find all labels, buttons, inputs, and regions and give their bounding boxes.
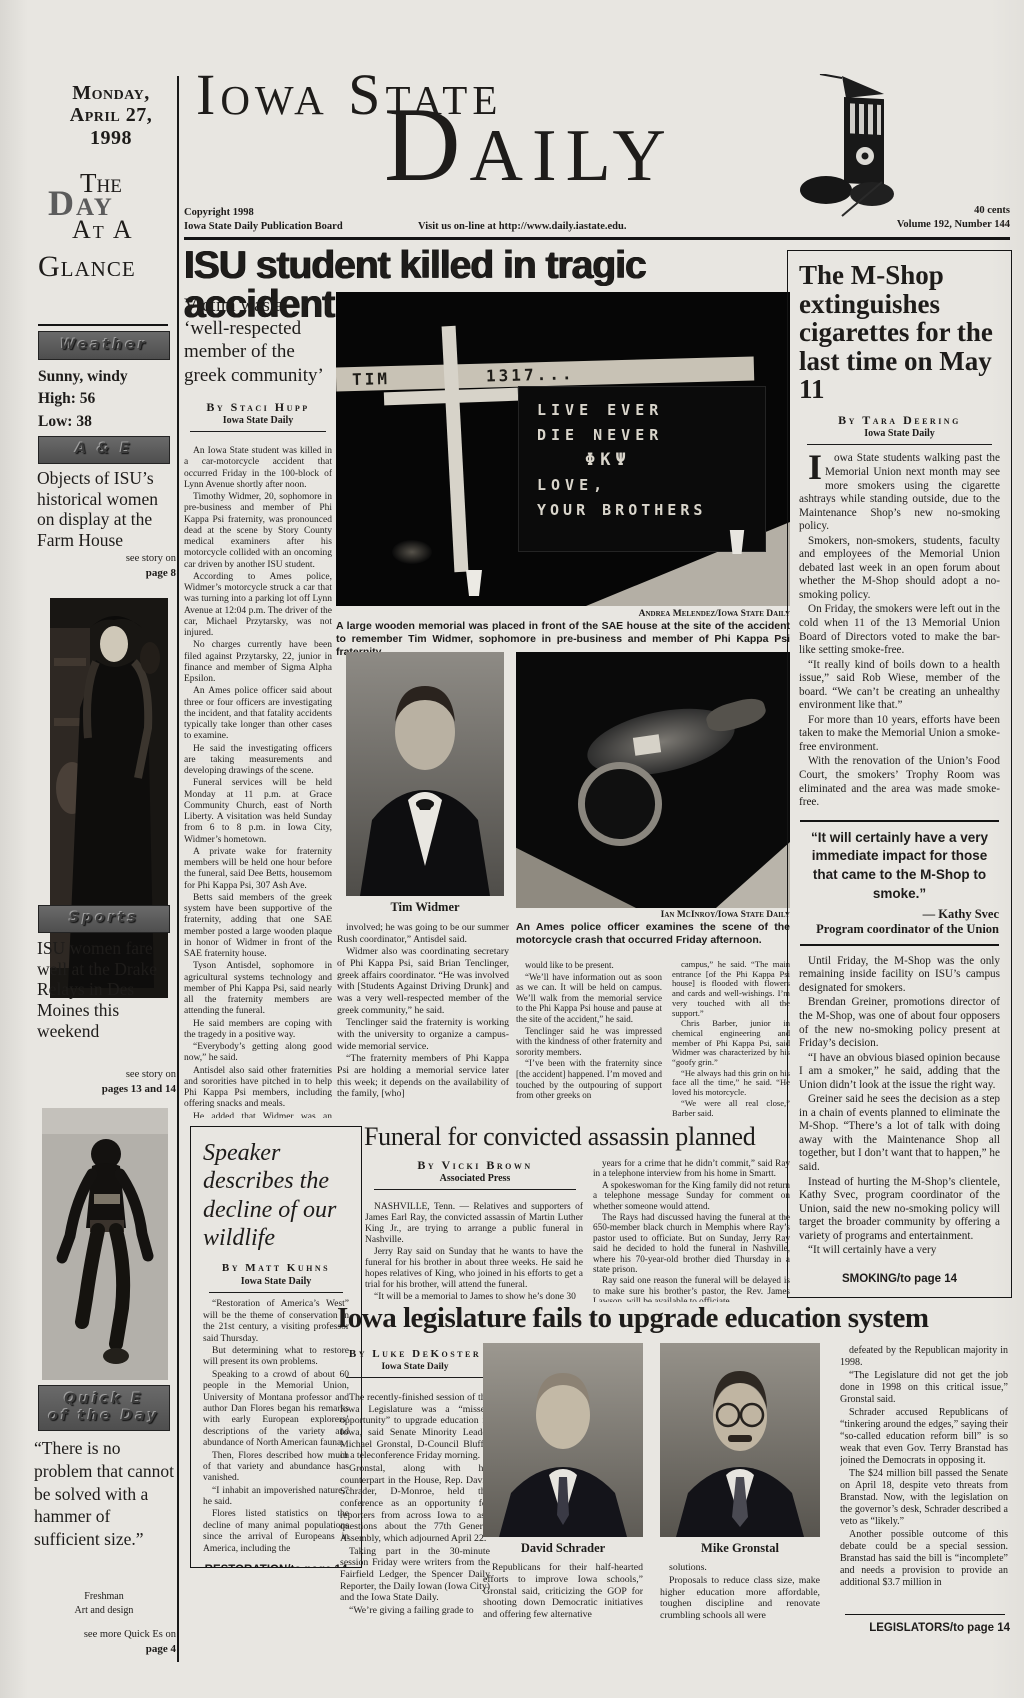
article-paragraph: According to Ames police, Widmer’s motor… bbox=[184, 572, 332, 640]
article-paragraph: Instead of hurting the M-Shop’s clientel… bbox=[799, 1176, 1000, 1244]
sidebar-divider bbox=[177, 76, 179, 1662]
weather-line: Sunny, windy bbox=[38, 366, 172, 388]
funeral-col1: NASHVILLE, Tenn. — Relatives and support… bbox=[365, 1202, 583, 1300]
copyright-block: Copyright 1998Iowa State Daily Publicati… bbox=[184, 206, 444, 233]
article-paragraph: The Rays had discussed having the funera… bbox=[593, 1212, 790, 1274]
glance-rule bbox=[38, 324, 168, 326]
memorial-photo-credit: Andrea Melendez/Iowa State Daily bbox=[336, 609, 790, 620]
weather-banner: Weather bbox=[38, 331, 170, 360]
tim-widmer-portrait bbox=[346, 652, 504, 896]
memorial-cup-left bbox=[464, 570, 484, 596]
memorial-cross-vertical bbox=[442, 326, 469, 572]
funeral-byline-rule bbox=[374, 1189, 576, 1190]
sports-banner-label: Sports bbox=[69, 910, 139, 928]
runner-photo bbox=[42, 1108, 168, 1380]
newspaper-front-page: Monday,April 27,1998 Iowa State Daily Co… bbox=[0, 0, 1024, 1698]
article-paragraph: years for a crime that he didn’t commit,… bbox=[593, 1158, 790, 1179]
wildlife-jump-line: RESTORATION/to page 14 bbox=[203, 1564, 349, 1568]
article-paragraph: Chris Barber, junior in chemical enginee… bbox=[672, 1019, 790, 1068]
article-paragraph: Iowa State students walking past the Mem… bbox=[799, 452, 1000, 533]
masthead-rule bbox=[184, 237, 1010, 240]
article-paragraph: He said members are coping with the trag… bbox=[184, 1019, 332, 1042]
article-paragraph: But determining what to restore will pre… bbox=[203, 1346, 349, 1369]
article-paragraph: An Iowa State student was killed in a ca… bbox=[184, 446, 332, 491]
funeral-byline: By Vicki Brown bbox=[365, 1158, 585, 1172]
price-volume: 40 cents Volume 192, Number 144 bbox=[840, 204, 1010, 231]
price: 40 cents bbox=[840, 204, 1010, 218]
ae-teaser: Objects of ISU’s historical women on dis… bbox=[37, 468, 177, 551]
article-paragraph: Greiner said he sees the decision as a s… bbox=[799, 1093, 1000, 1174]
article-paragraph: A spokeswoman for the King family did no… bbox=[593, 1180, 790, 1211]
wildlife-byline: By Matt Kuhns bbox=[203, 1262, 349, 1275]
schrader-portrait bbox=[483, 1343, 643, 1537]
quick-e-quote: “There is no problem that cannot be solv… bbox=[34, 1437, 178, 1551]
crash-scene-photo bbox=[516, 652, 790, 908]
legislature-col3: solutions.Proposals to reduce class size… bbox=[660, 1562, 820, 1638]
gronstal-caption: Mike Gronstal bbox=[660, 1541, 820, 1556]
mshop-byline-rule bbox=[807, 444, 992, 445]
main-byline-block: By Staci Hupp Iowa State Daily bbox=[184, 400, 332, 432]
article-paragraph: Tyson Antisdel, sophomore in agricultura… bbox=[184, 961, 332, 1017]
main-article-col3: would like to be present.“We’ll have inf… bbox=[516, 960, 662, 1118]
glance-word-glance: Glance bbox=[38, 252, 136, 282]
article-paragraph: Funeral services will be held Monday at … bbox=[184, 778, 332, 846]
byline-rule bbox=[190, 431, 326, 432]
article-paragraph: Speaking to a crowd of about 60 people i… bbox=[203, 1370, 349, 1450]
article-paragraph: “We’re giving a failing grade to bbox=[340, 1605, 490, 1617]
mshop-article-box: The M-Shop extinguishes cigarettes for t… bbox=[787, 250, 1012, 1298]
wildlife-article-box: Speaker describes the decline of our wil… bbox=[190, 1126, 362, 1568]
pull-quote-text: “It will certainly have a very immediate… bbox=[800, 829, 999, 904]
quick-e-banner: Quick Eof the Day bbox=[38, 1385, 170, 1431]
legislature-jump-rule bbox=[845, 1614, 1005, 1615]
mshop-byline: By Tara Deering bbox=[799, 413, 1000, 427]
ae-banner: A & E bbox=[38, 436, 170, 464]
article-paragraph: Then, Flores described how much of that … bbox=[203, 1451, 349, 1485]
article-paragraph: “The Legislature did not get the job don… bbox=[840, 1370, 1008, 1406]
ae-page-ref: page 8 bbox=[146, 567, 176, 579]
article-paragraph: Republicans for their half-hearted effor… bbox=[483, 1562, 643, 1621]
portrait-caption: Tim Widmer bbox=[346, 900, 504, 915]
article-paragraph: With the renovation of the Union’s Food … bbox=[799, 755, 1000, 809]
article-paragraph: Proposals to reduce class size, make hig… bbox=[660, 1575, 820, 1622]
funeral-headline: Funeral for convicted assassin planned bbox=[364, 1122, 792, 1152]
article-paragraph: Brendan Greiner, promotions director of … bbox=[799, 996, 1000, 1050]
article-paragraph: Tenclinger said the fraternity is workin… bbox=[337, 1017, 509, 1052]
main-article-col4: campus,” he said. “The main entrance [of… bbox=[672, 960, 790, 1118]
article-paragraph: For more than 10 years, efforts have bee… bbox=[799, 714, 1000, 755]
article-paragraph: Flores listed statistics on the decline … bbox=[203, 1509, 349, 1555]
attribution-line: Freshman bbox=[34, 1590, 174, 1604]
sign-line-3-greek-letters: ΦΚΨ bbox=[537, 450, 765, 470]
article-paragraph: “He always had this grin on his face all… bbox=[672, 1069, 790, 1098]
ae-see-text: see story on bbox=[126, 553, 176, 564]
wildlife-org: Iowa State Daily bbox=[203, 1275, 349, 1289]
pull-quote-attribution: — Kathy Svec bbox=[800, 907, 999, 922]
sign-line-5: YOUR BROTHERS bbox=[537, 501, 765, 519]
article-paragraph: Taking part in the 30-minute session Fri… bbox=[340, 1546, 490, 1604]
article-paragraph: involved; he was going to be our summer … bbox=[337, 922, 509, 945]
article-paragraph: The recently-finished session of the Iow… bbox=[340, 1392, 490, 1462]
sign-line-2: DIE NEVER bbox=[537, 426, 765, 444]
article-paragraph: Ray said one reason the funeral will be … bbox=[593, 1275, 790, 1302]
date-line: 1998 bbox=[50, 127, 172, 149]
date-line: Monday, bbox=[50, 82, 172, 104]
article-paragraph: defeated by the Republican majority in 1… bbox=[840, 1345, 1008, 1369]
wildlife-paragraphs: “Restoration of America’s West” will be … bbox=[203, 1299, 349, 1556]
weather-banner-label: Weather bbox=[60, 337, 148, 355]
legislature-jump-line: LEGISLATORS/to page 14 bbox=[840, 1622, 1010, 1634]
quick-e-banner-line: Quick E bbox=[64, 1391, 144, 1409]
article-paragraph: campus,” he said. “The main entrance [of… bbox=[672, 960, 790, 1018]
article-paragraph: Another possible outcome of this debate … bbox=[840, 1529, 1008, 1589]
article-paragraph: “Restoration of America’s West” will be … bbox=[203, 1299, 349, 1345]
memorial-photo: TIM 1317... LIVE EVER DIE NEVER ΦΚΨ LOVE… bbox=[336, 292, 790, 606]
masthead-title-main: Daily bbox=[384, 92, 675, 198]
funeral-org: Associated Press bbox=[365, 1172, 585, 1186]
article-paragraph: “We’ll have information out as soon as w… bbox=[516, 972, 662, 1025]
article-paragraph: “It will be a memorial to James to show … bbox=[365, 1292, 583, 1300]
article-paragraph: would like to be present. bbox=[516, 960, 662, 971]
article-paragraph: Gronstal, along with his counterpart in … bbox=[340, 1463, 490, 1545]
sign-line-1: LIVE EVER bbox=[537, 401, 765, 419]
mshop-pull-quote-block: “It will certainly have a very immediate… bbox=[800, 820, 999, 946]
article-paragraph: Antisdel also said other fraternities an… bbox=[184, 1066, 332, 1111]
day-at-a-glance-logo: The Day At A Glance bbox=[38, 170, 176, 320]
gronstal-portrait bbox=[660, 1343, 820, 1537]
main-deck: Victim was a ‘well-respected member of t… bbox=[184, 294, 332, 387]
sports-see-story: see story on pages 13 and 14 bbox=[30, 1068, 176, 1096]
article-paragraph: “Everybody’s getting along good now,” he… bbox=[184, 1042, 332, 1065]
article-paragraph: Betts said members of the greek system h… bbox=[184, 893, 332, 961]
date-line: April 27, bbox=[50, 104, 172, 126]
crash-debris bbox=[704, 694, 769, 736]
article-paragraph: Schrader accused Republicans of “tinkeri… bbox=[840, 1407, 1008, 1467]
quote-attribution: FreshmanArt and design bbox=[34, 1590, 174, 1617]
article-paragraph: Jerry Ray said on Sunday that he wants t… bbox=[365, 1247, 583, 1291]
crash-photo-caption: An Ames police officer examines the scen… bbox=[516, 921, 790, 947]
memorial-cross-horizontal bbox=[384, 388, 518, 406]
main-article-col1: An Iowa State student was killed in a ca… bbox=[184, 446, 332, 1118]
article-paragraph: “I inhabit an impoverished nature,” he s… bbox=[203, 1486, 349, 1509]
article-paragraph: “I’ve been with the fraternity since [th… bbox=[516, 1058, 662, 1100]
sports-banner: Sports bbox=[38, 905, 170, 933]
quick-page-ref: page 4 bbox=[146, 1643, 176, 1655]
funeral-byline-block: By Vicki Brown Associated Press bbox=[365, 1158, 585, 1190]
online-url: Visit us on-line at http://www.daily.ias… bbox=[418, 220, 698, 234]
mshop-org: Iowa State Daily bbox=[799, 427, 1000, 441]
crash-light-patch bbox=[716, 842, 790, 908]
article-paragraph: solutions. bbox=[660, 1562, 820, 1574]
article-paragraph: Tenclinger said he was impressed with th… bbox=[516, 1026, 662, 1058]
legislature-col1: The recently-finished session of the Iow… bbox=[340, 1392, 490, 1642]
crash-photo-credit: Ian McInroy/Iowa State Daily bbox=[516, 910, 790, 921]
schrader-caption: David Schrader bbox=[483, 1541, 643, 1556]
legislature-byline-block: By Luke DeKoster Iowa State Daily bbox=[340, 1348, 490, 1378]
ae-see-story: see story on page 8 bbox=[36, 552, 176, 580]
article-paragraph: The $24 million bill passed the Senate o… bbox=[840, 1468, 1008, 1528]
article-paragraph: He added that Widmer was an outgoing and… bbox=[184, 1112, 332, 1119]
article-paragraph: “It will certainly have a very bbox=[799, 1244, 1000, 1258]
article-paragraph: Until Friday, the M-Shop was the only re… bbox=[799, 955, 1000, 996]
glance-word-ata: At A bbox=[72, 217, 134, 243]
sports-teaser: ISU women fare well at the Drake Relays … bbox=[37, 938, 177, 1041]
article-paragraph: “It really kind of boils down to a healt… bbox=[799, 659, 1000, 713]
memorial-sign: LIVE EVER DIE NEVER ΦΚΨ LOVE, YOUR BROTH… bbox=[518, 386, 766, 552]
wildlife-headline: Speaker describes the decline of our wil… bbox=[203, 1139, 349, 1252]
article-paragraph: He said the investigating officers are t… bbox=[184, 744, 332, 778]
ae-banner-label: A & E bbox=[75, 441, 132, 459]
main-byline: By Staci Hupp bbox=[184, 400, 332, 414]
article-paragraph: Widmer also was coordinating secretary o… bbox=[337, 946, 509, 1016]
wildlife-byline-rule bbox=[209, 1292, 343, 1293]
legislature-headline: Iowa legislature fails to upgrade educat… bbox=[337, 1302, 1013, 1335]
article-paragraph: An Ames police officer said about three … bbox=[184, 686, 332, 742]
legislature-byline-rule bbox=[346, 1377, 484, 1378]
campanile-icon bbox=[786, 74, 898, 220]
article-paragraph: Smokers, non-smokers, students, faculty … bbox=[799, 535, 1000, 603]
sports-see-text: see story on bbox=[126, 1069, 176, 1080]
sign-line-4: LOVE, bbox=[537, 476, 765, 494]
sports-page-ref: pages 13 and 14 bbox=[102, 1083, 176, 1095]
mshop-paragraphs-top: Iowa State students walking past the Mem… bbox=[799, 452, 1000, 810]
issue-date: Monday,April 27,1998 bbox=[50, 82, 172, 149]
mshop-headline: The M-Shop extinguishes cigarettes for t… bbox=[799, 261, 1000, 404]
crash-license-plate bbox=[633, 734, 661, 755]
quick-see-text: see more Quick Es on bbox=[84, 1629, 176, 1640]
copyright-line: Copyright 1998 bbox=[184, 206, 444, 220]
weather-line: High: 56 bbox=[38, 388, 172, 410]
mshop-jump-line: SMOKING/to page 14 bbox=[799, 1273, 1000, 1285]
article-paragraph: Timothy Widmer, 20, sophomore in pre-bus… bbox=[184, 492, 332, 571]
memorial-flowers bbox=[392, 540, 432, 564]
article-paragraph: NASHVILLE, Tenn. — Relatives and support… bbox=[365, 1202, 583, 1246]
pull-quote-role: Program coordinator of the Union bbox=[800, 922, 999, 938]
article-paragraph: “We were all real close,” Barber said. bbox=[672, 1099, 790, 1118]
article-paragraph: No charges currently have been filed aga… bbox=[184, 640, 332, 685]
funeral-col2: years for a crime that he didn’t commit,… bbox=[593, 1158, 790, 1302]
legislature-org: Iowa State Daily bbox=[340, 1361, 490, 1374]
legislature-byline: By Luke DeKoster bbox=[340, 1348, 490, 1361]
article-paragraph: A private wake for fraternity members wi… bbox=[184, 847, 332, 892]
main-article-col2: involved; he was going to be our summer … bbox=[337, 922, 509, 1118]
memorial-rail-name: TIM bbox=[352, 369, 390, 389]
weather-line: Low: 38 bbox=[38, 411, 172, 433]
attribution-line: Art and design bbox=[34, 1604, 174, 1618]
copyright-line: Iowa State Daily Publication Board bbox=[184, 220, 444, 234]
main-org: Iowa State Daily bbox=[184, 414, 332, 428]
memorial-rail-number: 1317... bbox=[486, 364, 575, 385]
volume-number: Volume 192, Number 144 bbox=[840, 218, 1010, 232]
article-paragraph: “I have an obvious biased opinion becaus… bbox=[799, 1052, 1000, 1093]
quick-e-see-story: see more Quick Es on page 4 bbox=[28, 1628, 176, 1656]
article-paragraph: “The fraternity members of Phi Kappa Psi… bbox=[337, 1053, 509, 1100]
weather-summary: Sunny, windyHigh: 56Low: 38 bbox=[38, 366, 172, 433]
quick-e-banner-line: of the Day bbox=[48, 1408, 159, 1426]
legislature-col4: defeated by the Republican majority in 1… bbox=[840, 1345, 1008, 1607]
article-paragraph: On Friday, the smokers were left out in … bbox=[799, 603, 1000, 657]
mshop-paragraphs-bottom: Until Friday, the M-Shop was the only re… bbox=[799, 955, 1000, 1259]
legislature-col2: Republicans for their half-hearted effor… bbox=[483, 1562, 643, 1638]
